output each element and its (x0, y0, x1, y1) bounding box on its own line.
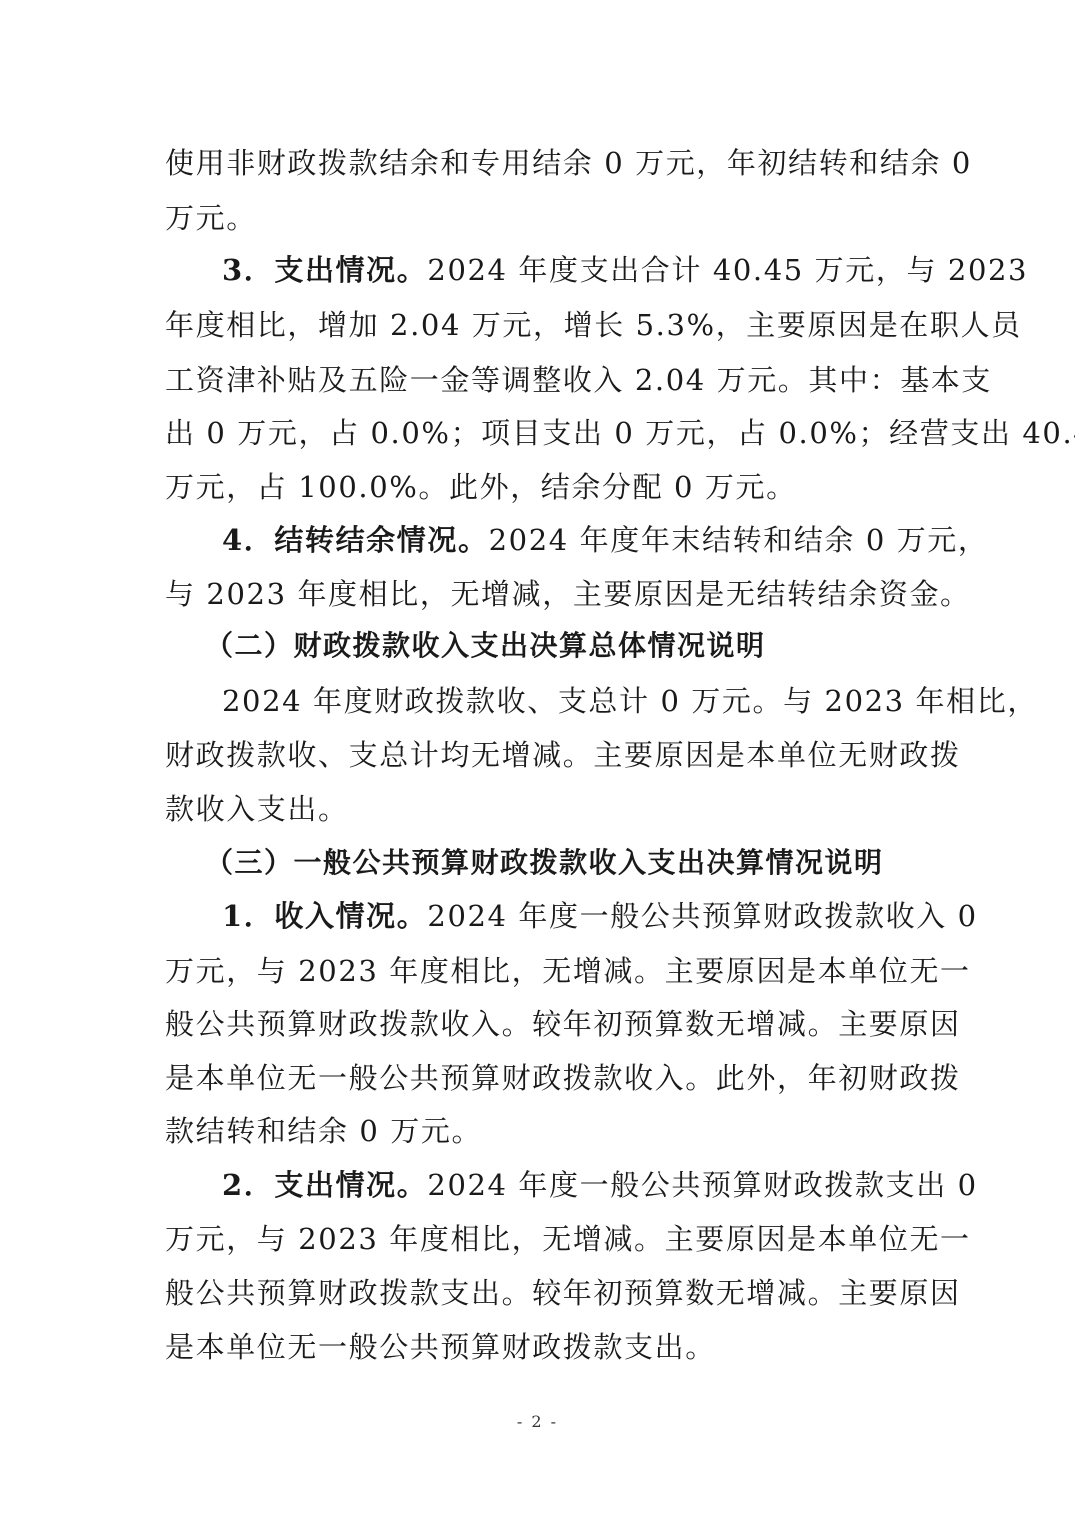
text-line: 使用非财政拨款结余和专用结余 0 万元，年初结转和结余 0 (165, 145, 915, 181)
paragraph-lead: 4．结转结余情况。 (222, 523, 489, 557)
text-line: 款结转和结余 0 万元。 (165, 1113, 915, 1149)
text-fragment: 2024 年度一般公共预算财政拨款收入 0 (427, 899, 977, 933)
text-line: 是本单位无一般公共预算财政拨款支出。 (165, 1329, 915, 1365)
text-line: 万元，与 2023 年度相比，无增减。主要原因是本单位无一 (165, 1221, 915, 1257)
text-fragment: 2024 年度年末结转和结余 0 万元， (489, 523, 989, 557)
text-fragment: 2024 年度一般公共预算财政拨款支出 0 (427, 1168, 977, 1202)
section-heading-2: （二）财政拨款收入支出决算总体情况说明 (205, 628, 766, 664)
text-line: 2024 年度财政拨款收、支总计 0 万元。与 2023 年相比， (222, 683, 915, 719)
text-line: 财政拨款收、支总计均无增减。主要原因是本单位无财政拨 (165, 737, 915, 773)
text-line: 万元。 (165, 200, 915, 236)
text-line: 是本单位无一般公共预算财政拨款收入。此外，年初财政拨 (165, 1060, 915, 1096)
paragraph-lead: 2．支出情况。 (222, 1168, 427, 1202)
text-line: 万元，占 100.0%。此外，结余分配 0 万元。 (165, 469, 915, 505)
paragraph-lead: 1．收入情况。 (222, 899, 427, 933)
text-line: 万元，与 2023 年度相比，无增减。主要原因是本单位无一 (165, 953, 915, 989)
text-line: 般公共预算财政拨款收入。较年初预算数无增减。主要原因 (165, 1006, 915, 1042)
text-line: 3．支出情况。2024 年度支出合计 40.45 万元，与 2023 (222, 252, 915, 288)
text-line: 2．支出情况。2024 年度一般公共预算财政拨款支出 0 (222, 1167, 915, 1203)
document-page: 使用非财政拨款结余和专用结余 0 万元，年初结转和结余 0 万元。 3．支出情况… (0, 0, 1075, 1520)
text-line: 般公共预算财政拨款支出。较年初预算数无增减。主要原因 (165, 1275, 915, 1311)
page-number: - 2 - (0, 1412, 1075, 1431)
paragraph-lead: 3．支出情况。 (222, 253, 427, 287)
section-heading-3: （三）一般公共预算财政拨款收入支出决算情况说明 (205, 845, 884, 881)
text-line: 出 0 万元，占 0.0%；项目支出 0 万元，占 0.0%；经营支出 40.4… (165, 415, 915, 451)
text-line: 1．收入情况。2024 年度一般公共预算财政拨款收入 0 (222, 898, 915, 934)
text-line: 与 2023 年度相比，无增减，主要原因是无结转结余资金。 (165, 576, 915, 612)
text-line: 款收入支出。 (165, 791, 915, 827)
text-fragment: 2024 年度支出合计 40.45 万元，与 2023 (427, 253, 1028, 287)
text-line: 年度相比，增加 2.04 万元，增长 5.3%，主要原因是在职人员 (165, 307, 915, 343)
text-line: 工资津补贴及五险一金等调整收入 2.04 万元。其中：基本支 (165, 362, 915, 398)
text-line: 4．结转结余情况。2024 年度年末结转和结余 0 万元， (222, 522, 915, 558)
